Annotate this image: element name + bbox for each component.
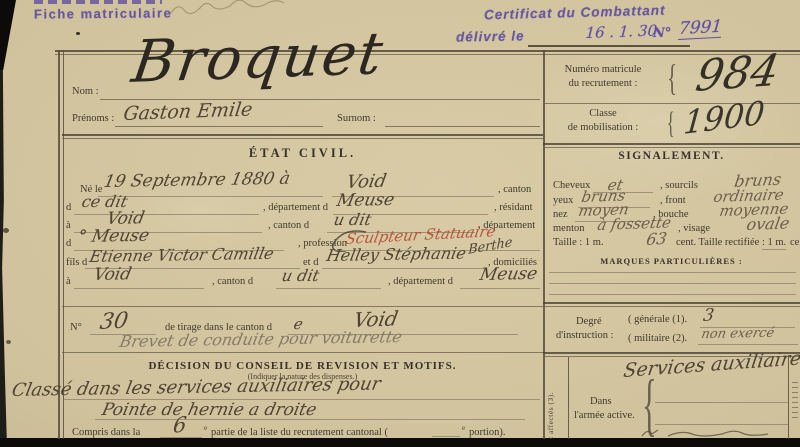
marques-bottom-line	[543, 302, 800, 304]
cut-handwriting-icon	[640, 428, 790, 438]
tirage-no-label: N°	[70, 322, 82, 333]
compris-sup-e: e	[204, 424, 207, 432]
etat-line	[322, 268, 484, 269]
etat-l3-a: à	[66, 220, 71, 231]
stamp-date-underline	[528, 45, 690, 47]
field-prenoms-line	[115, 126, 323, 127]
compris-partie-value: 6	[172, 412, 188, 438]
armee-right-divider	[788, 357, 789, 439]
degre-militaire-label: ( militaire (2).	[628, 333, 687, 344]
sig-front-label: , front	[660, 195, 686, 206]
field-prenoms-value: Gaston Emile	[122, 98, 254, 125]
degre-militaire-value: non exercé	[700, 326, 776, 342]
etat-l6-departement-value: Meuse	[478, 264, 539, 285]
field-surnom-line	[385, 126, 540, 127]
marques-bottom-line-2	[543, 306, 800, 307]
header-separator	[62, 134, 543, 136]
stamp-delivre-le: délivré le	[456, 28, 525, 44]
sig-taille-cent-cut: ce	[790, 237, 799, 248]
armee-label-line2: l'armée active.	[574, 410, 635, 421]
margin-column-marks	[792, 378, 798, 418]
armee-side-rotated-label: t affectés (3).	[546, 362, 555, 439]
stamp-fiche-matriculaire: Fiche matriculaire	[34, 5, 172, 21]
stamp-no-value: 7991	[678, 17, 723, 40]
signalement-title: SIGNALEMENT.	[543, 150, 800, 162]
etat-line	[98, 196, 323, 197]
sig-visage-value: ovale	[745, 213, 791, 234]
armee-label-line1: Dans	[590, 396, 612, 407]
compris-line	[432, 436, 460, 437]
sig-menton-label: menton	[553, 223, 585, 234]
marques-title: MARQUES PARTICULIÈRES :	[543, 256, 800, 266]
etat-l3-canton-value: u dit	[332, 210, 373, 229]
sig-taille-rectifiee-label: cent. Taille rectifiée : 1 m.	[676, 237, 786, 248]
scan-corner-wedge	[0, 0, 16, 70]
etat-line	[276, 288, 381, 289]
etat-bottom-line	[62, 306, 543, 307]
etat-l2-d: d	[66, 202, 71, 213]
faint-script-icon	[168, 0, 298, 22]
sig-sourcils-label: , sourcils	[660, 180, 698, 191]
sig-line	[762, 249, 786, 250]
field-nom-label: Nom :	[72, 86, 99, 97]
etat-l6-a: à	[66, 276, 71, 287]
etat-l6-departement: , département d	[388, 276, 453, 287]
armee-line	[655, 424, 788, 425]
sig-nez-label: nez	[553, 209, 568, 220]
compris-sup-e: e	[462, 424, 465, 432]
armee-side-divider	[568, 357, 569, 439]
decision-text-line2: Pointe de hernie a droite	[100, 400, 318, 420]
matricule-value: 984	[692, 46, 783, 102]
classe-label-line1: Classe	[543, 108, 663, 119]
matricule-label-line2: du recrutement :	[543, 78, 663, 89]
etat-l1-date-value: 19 Septembre 1880 à	[102, 169, 292, 192]
etat-l3-canton: , canton d	[268, 220, 309, 231]
decision-title: DÉCISION DU CONSEIL DE REVISION ET MOTIF…	[62, 360, 543, 372]
ink-dot	[3, 228, 9, 233]
name-script: Broquet	[128, 19, 389, 96]
armee-line	[655, 402, 788, 403]
ink-dot	[6, 340, 11, 344]
stamp-no-label: N°	[653, 26, 671, 41]
sig-taille-label: Taille : 1 m.	[553, 237, 604, 248]
sig-taille-value: 63	[645, 229, 668, 249]
field-surnom-label: Surnom :	[337, 113, 376, 124]
etat-line	[74, 214, 259, 215]
etat-l1-canton: , canton	[498, 184, 531, 195]
classe-row-line-2	[543, 147, 800, 148]
etat-l2-departement-value: Meuse	[335, 190, 396, 211]
sig-visage-label: , visage	[678, 223, 710, 234]
degre-generale-value: 3	[702, 305, 715, 326]
classe-label-line2: de mobilisation :	[543, 122, 663, 133]
etat-l6-canton-value: u dit	[280, 266, 321, 285]
etat-l5-pere-value: Etienne Victor Camille	[88, 244, 275, 266]
matricule-label-line1: Numéro matricule	[543, 64, 663, 75]
matricule-brace: {	[667, 58, 677, 100]
classe-row-line	[543, 143, 800, 145]
stamp-certificat-combattant: Certificat du Combattant	[484, 3, 666, 23]
degre-generale-label: ( générale (1).	[628, 314, 687, 325]
tirage-pencil-note: Brevet de conduite pour voiturette	[118, 327, 404, 351]
compris-label-3: portion).	[469, 427, 505, 438]
tirage-bottom-line	[62, 352, 543, 353]
compris-line	[160, 437, 202, 438]
stamp-fragment	[34, 0, 162, 4]
compris-label-1: Compris dans la	[72, 427, 140, 438]
field-nom-line	[100, 99, 540, 100]
etat-l5-fils-d: fils d	[66, 257, 87, 268]
marques-line	[549, 294, 796, 295]
scan-edge-bottom	[0, 438, 800, 447]
etat-line	[74, 288, 204, 289]
classe-brace: {	[667, 106, 675, 141]
etat-l6-lieu-value: Void	[92, 264, 133, 285]
etat-l4-departement-value: ° Meuse	[76, 226, 151, 247]
degre-label-line2: d'instruction :	[556, 330, 614, 341]
degre-label-line1: Degré	[576, 316, 602, 327]
degre-line	[698, 344, 798, 345]
compris-label-2: partie de la liste du recrutement canton…	[211, 427, 388, 438]
scanned-document: Fiche matriculaire Certificat du Combatt…	[0, 0, 800, 447]
stamp-date-value: 16 . 1. 30	[585, 21, 658, 42]
etat-l6-canton: , canton d	[212, 276, 253, 287]
etat-l2-residant: , résidant	[494, 202, 533, 213]
header-separator-2	[62, 138, 543, 139]
marques-line	[549, 283, 796, 284]
etat-l4-d: d	[66, 238, 71, 249]
field-prenoms-label: Prénoms :	[72, 113, 114, 124]
decision-line	[95, 419, 525, 420]
ink-dot	[76, 32, 80, 35]
etat-l5-mere-value: Helley Stéphanie	[325, 244, 468, 265]
etat-civil-title: ÉTAT CIVIL.	[62, 146, 543, 161]
etat-line	[460, 288, 540, 289]
etat-l2-departement: , département d	[263, 202, 328, 213]
marques-line	[549, 272, 796, 273]
sig-yeux-label: yeux	[553, 195, 573, 206]
